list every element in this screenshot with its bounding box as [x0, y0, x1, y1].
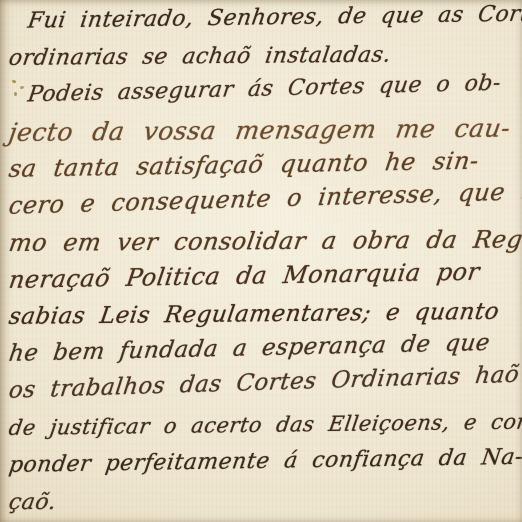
- manuscript-line-text: neraçaõ Politica da Monarquia por: [6, 254, 482, 299]
- manuscript-line: neraçaõ Politica da Monarquia por: [0, 253, 522, 299]
- manuscript-line: ponder perfeitamente á confiança da Na-: [0, 439, 522, 484]
- manuscript-line-text: çaõ.: [6, 484, 59, 521]
- manuscript-line: Fui inteirado, Senhores, de que as Corte…: [0, 0, 522, 40]
- manuscript-page: Fui inteirado, Senhores, de que as Corte…: [0, 0, 522, 522]
- manuscript-line-text: Fui inteirado, Senhores, de que as Corte…: [25, 0, 522, 40]
- manuscript-text-block: Fui inteirado, Senhores, de que as Corte…: [0, 3, 522, 521]
- manuscript-line: çaõ.: [0, 484, 522, 521]
- manuscript-line-text: ponder perfeitamente á confiança da Na-: [6, 439, 522, 484]
